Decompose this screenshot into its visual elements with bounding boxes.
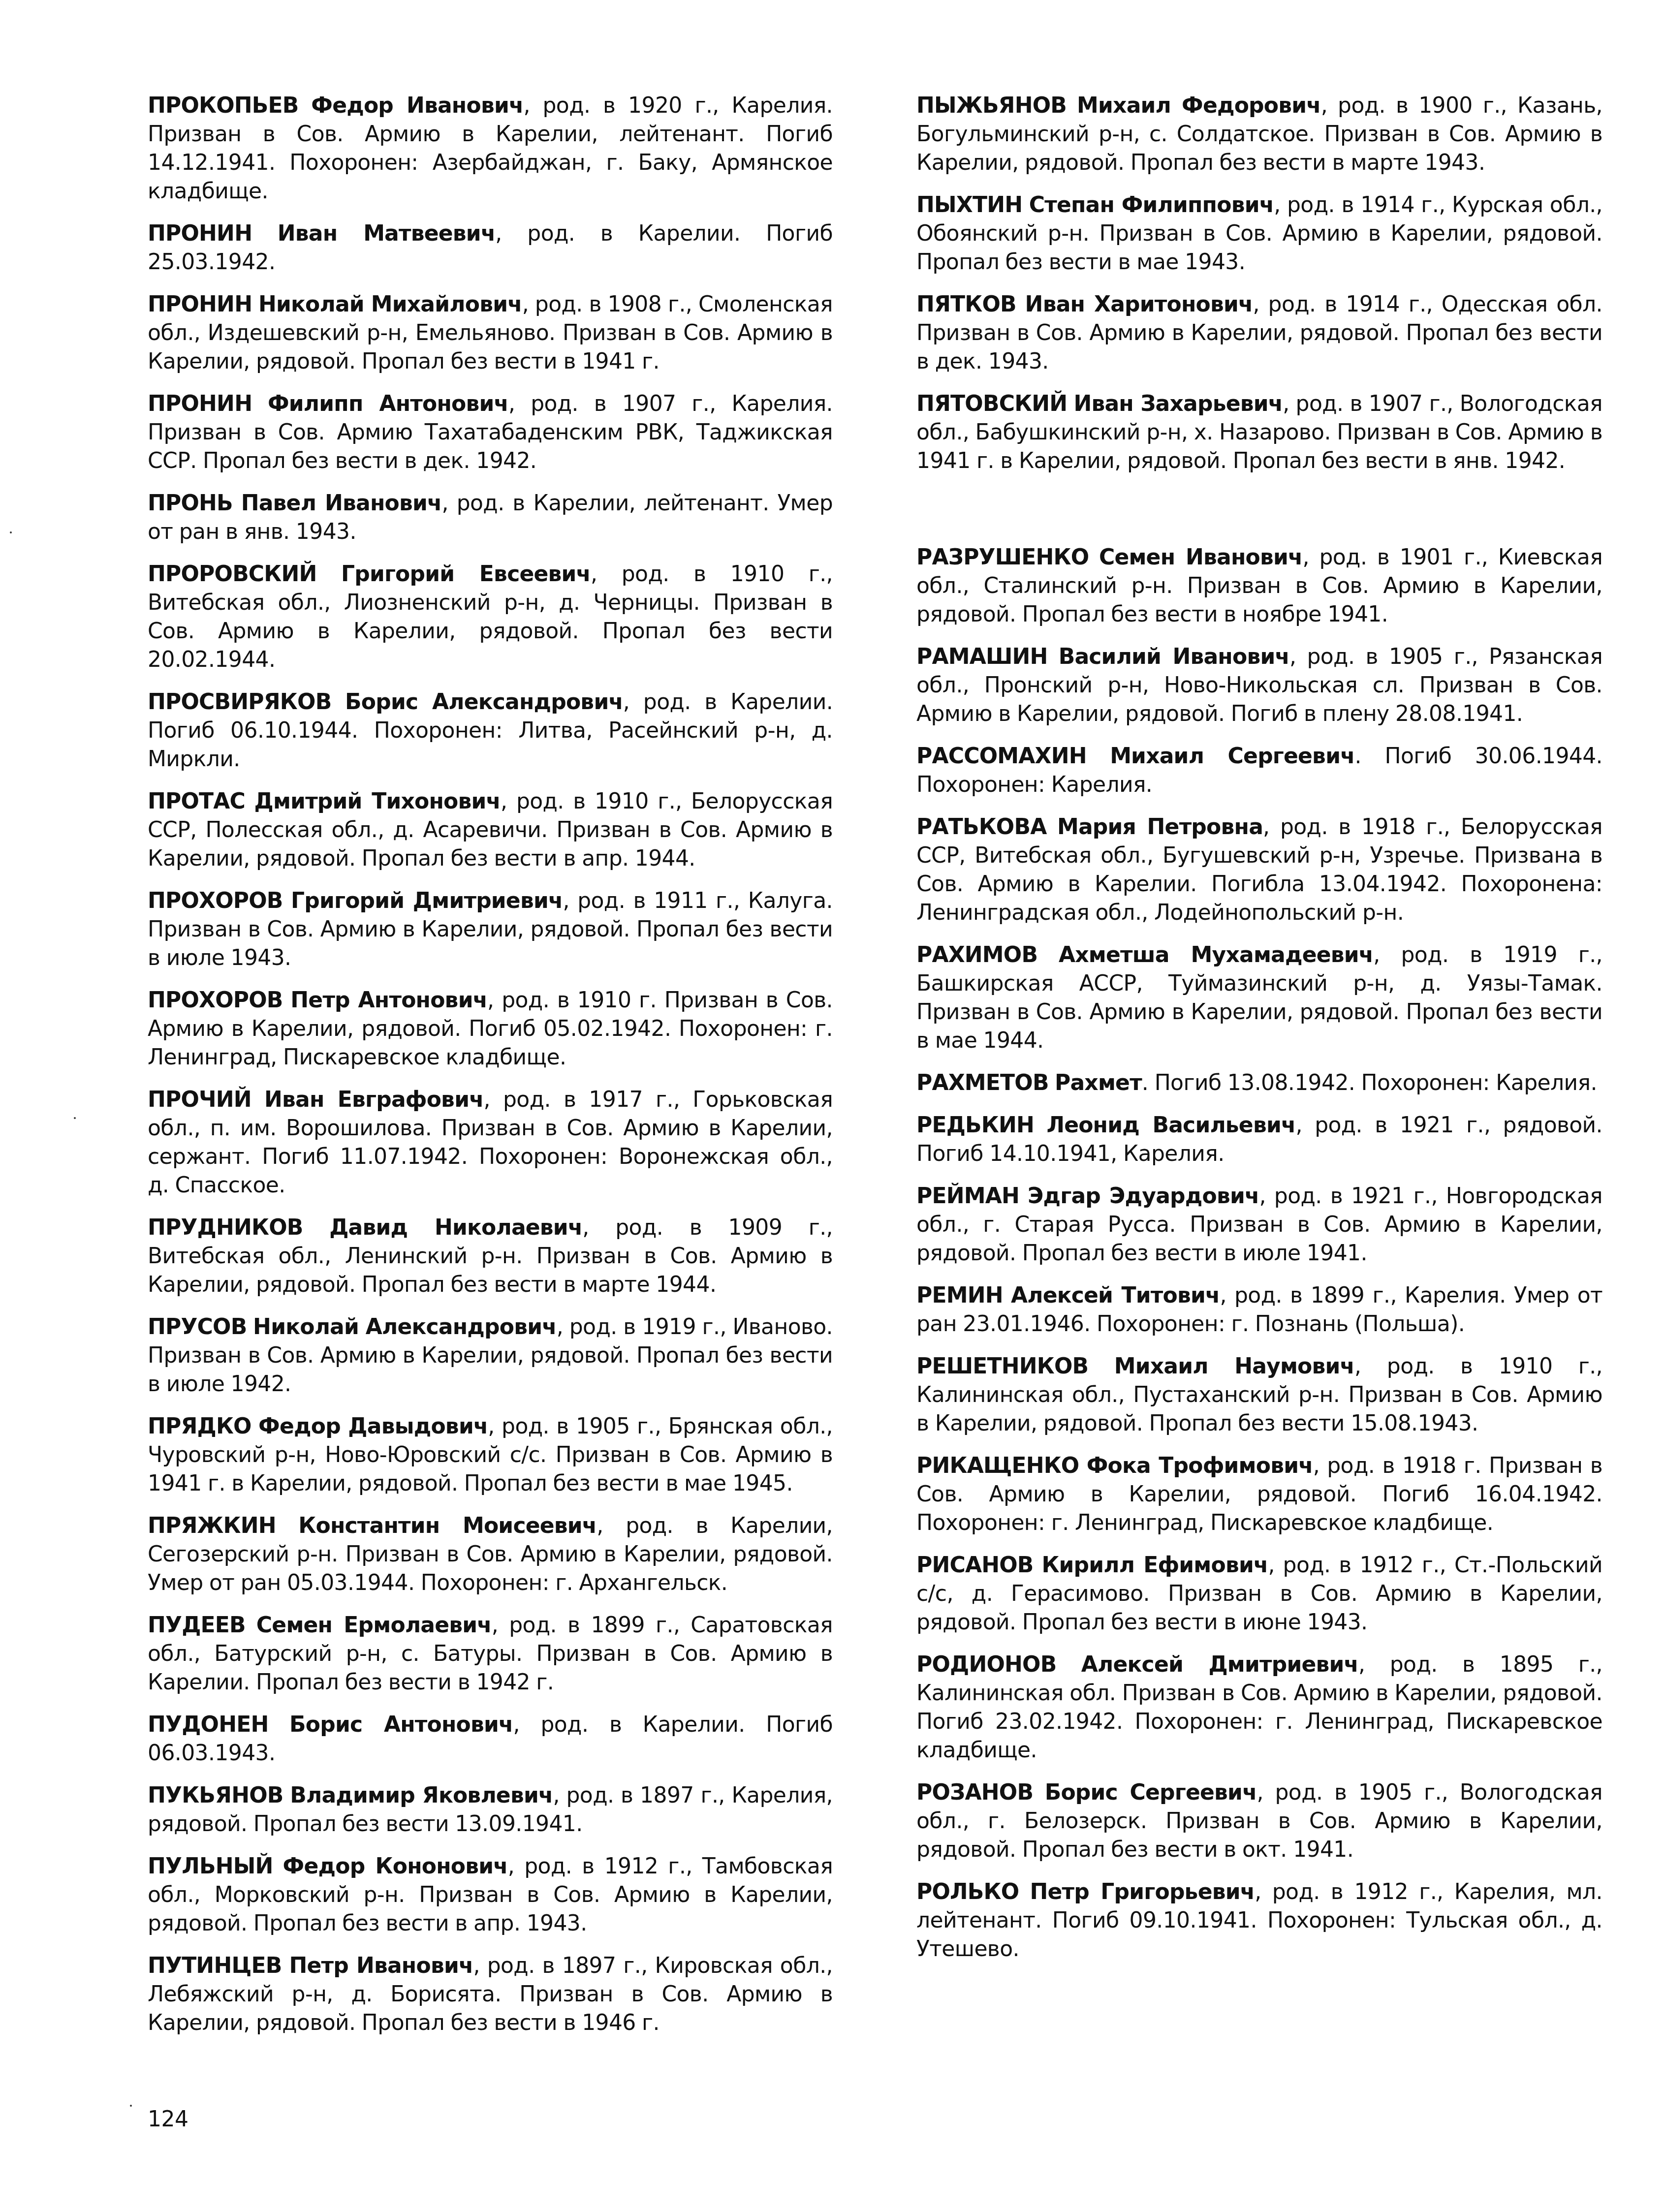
entry-surname: ПРЯДКО: [148, 1414, 251, 1439]
entry-surname: ПРОНЬ: [148, 491, 233, 516]
memorial-entry: ПЯТКОВ Иван Харитонович, род. в 1914 г.,…: [916, 290, 1602, 376]
entry-given-names: Борис Сергеевич: [1045, 1780, 1257, 1805]
memorial-entry: РОЗАНОВ Борис Сергеевич, род. в 1905 г.,…: [916, 1778, 1602, 1864]
entry-given-names: Эдгар Эдуардович: [1028, 1184, 1259, 1209]
entry-surname: РЕШЕТНИКОВ: [916, 1354, 1088, 1379]
scan-speck: [130, 2105, 132, 2107]
entry-surname: РАЗРУШЕНКО: [916, 545, 1089, 570]
entry-given-names: Федор Иванович: [311, 93, 523, 118]
memorial-entry: РЕМИН Алексей Титович, род. в 1899 г., К…: [916, 1281, 1602, 1339]
memorial-entry: РЕДЬКИН Леонид Васильевич, род. в 1921 г…: [916, 1111, 1602, 1168]
entry-given-names: Иван Матвеевич: [278, 221, 496, 246]
section-break: [916, 489, 1602, 543]
entry-given-names: Константин Моисеевич: [298, 1513, 597, 1538]
entry-given-names: Петр Иванович: [289, 1953, 473, 1978]
entry-surname: ПРОРОВСКИЙ: [148, 561, 317, 587]
memorial-entry: ПУДОНЕН Борис Антонович, род. в Карелии.…: [148, 1711, 833, 1768]
entry-given-names: Николай Михайлович: [258, 292, 522, 317]
entry-given-names: Алексей Титович: [1011, 1283, 1220, 1308]
entry-given-names: Борис Александрович: [345, 689, 623, 715]
entry-given-names: Федор Кононович: [283, 1854, 508, 1879]
memorial-entry: РАХИМОВ Ахметша Мухамадеевич, род. в 191…: [916, 941, 1602, 1055]
entry-surname: ПРОНИН: [148, 221, 252, 246]
entry-surname: РАМАШИН: [916, 644, 1048, 669]
entry-given-names: Михаил Сергеевич: [1110, 744, 1354, 769]
entry-given-names: Николай Александрович: [253, 1314, 557, 1340]
memorial-entry: ПРУСОВ Николай Александрович, род. в 191…: [148, 1313, 833, 1399]
entry-given-names: Федор Давыдович: [258, 1414, 488, 1439]
entry-surname: ПРОСВИРЯКОВ: [148, 689, 331, 715]
entry-surname: ПУДОНЕН: [148, 1712, 268, 1737]
entry-surname: ПУЛЬНЫЙ: [148, 1854, 273, 1879]
entry-given-names: Петр Григорьевич: [1030, 1879, 1255, 1904]
entry-given-names: Ахметша Мухамадеевич: [1059, 942, 1373, 967]
entry-given-names: Семен Ермолаевич: [256, 1613, 492, 1638]
entry-surname: РЕЙМАН: [916, 1184, 1019, 1209]
entry-surname: ПРОНИН: [148, 391, 252, 416]
entry-surname: ПРУСОВ: [148, 1314, 247, 1340]
entry-given-names: Степан Филиппович: [1029, 192, 1274, 218]
entry-given-names: Давид Николаевич: [329, 1215, 582, 1240]
entry-given-names: Михаил Наумович: [1114, 1354, 1354, 1379]
memorial-entry: РАМАШИН Василий Иванович, род. в 1905 г.…: [916, 643, 1602, 728]
entry-given-names: Фока Трофимович: [1087, 1453, 1313, 1478]
memorial-entry: РАТЬКОВА Мария Петровна, род. в 1918 г.,…: [916, 813, 1602, 927]
entry-surname: ПЫХТИН: [916, 192, 1022, 218]
entry-given-names: Рахмет: [1055, 1070, 1142, 1095]
entry-surname: ПРОКОПЬЕВ: [148, 93, 299, 118]
memorial-entry: РИСАНОВ Кирилл Ефимович, род. в 1912 г.,…: [916, 1551, 1602, 1637]
entry-given-names: Петр Антонович: [290, 988, 487, 1013]
memorial-entry: РЕШЕТНИКОВ Михаил Наумович, род. в 1910 …: [916, 1352, 1602, 1438]
entry-given-names: Павел Иванович: [241, 491, 442, 516]
entry-given-names: Владимир Яковлевич: [290, 1783, 553, 1808]
page-number: 124: [148, 2105, 188, 2134]
entry-surname: РЕМИН: [916, 1283, 1003, 1308]
entry-given-names: Иван Захарьевич: [1073, 391, 1283, 416]
memorial-entry: РЕЙМАН Эдгар Эдуардович, род. в 1921 г.,…: [916, 1182, 1602, 1268]
entry-surname: ПУДЕЕВ: [148, 1613, 246, 1638]
entry-surname: ПЫЖЬЯНОВ: [916, 93, 1067, 118]
entry-given-names: Григорий Дмитриевич: [291, 888, 563, 913]
entry-surname: ПУТИНЦЕВ: [148, 1953, 282, 1978]
entry-surname: РЕДЬКИН: [916, 1113, 1034, 1138]
memorial-entry: РИКАЩЕНКО Фока Трофимович, род. в 1918 г…: [916, 1452, 1602, 1537]
entry-surname: РАССОМАХИН: [916, 744, 1087, 769]
memorial-entry: ПЯТОВСКИЙ Иван Захарьевич, род. в 1907 г…: [916, 390, 1602, 475]
memorial-entry: ПУКЬЯНОВ Владимир Яковлевич, род. в 1897…: [148, 1781, 833, 1838]
memorial-entry: ПРОКОПЬЕВ Федор Иванович, род. в 1920 г.…: [148, 92, 833, 206]
right-column: ПЫЖЬЯНОВ Михаил Федорович, род. в 1900 г…: [916, 92, 1602, 1977]
memorial-entry: РАХМЕТОВ Рахмет. Погиб 13.08.1942. Похор…: [916, 1069, 1602, 1097]
entry-surname: ПРОТАС: [148, 789, 245, 814]
left-column: ПРОКОПЬЕВ Федор Иванович, род. в 1920 г.…: [148, 92, 833, 2051]
entry-surname: ПРОЧИЙ: [148, 1087, 251, 1112]
entry-surname: ПРЯЖКИН: [148, 1513, 276, 1538]
memorial-entry: ПУТИНЦЕВ Петр Иванович, род. в 1897 г., …: [148, 1952, 833, 2037]
entry-given-names: Иван Евграфович: [264, 1087, 484, 1112]
section-letter-r: РАЗРУШЕНКО Семен Иванович, род. в 1901 г…: [916, 543, 1602, 1963]
memorial-entry: ПРОСВИРЯКОВ Борис Александрович, род. в …: [148, 688, 833, 774]
entry-surname: РОЛЬКО: [916, 1879, 1019, 1904]
memorial-entry: ПРЯДКО Федор Давыдович, род. в 1905 г., …: [148, 1412, 833, 1498]
entry-surname: ПУКЬЯНОВ: [148, 1783, 283, 1808]
scan-speck: [74, 1117, 76, 1119]
entry-surname: РАХИМОВ: [916, 942, 1037, 967]
entry-given-names: Василий Иванович: [1059, 644, 1289, 669]
entry-details: , род. в 1914 г., Одесская обл. Призван …: [916, 292, 1602, 374]
memorial-entry: ПРОХОРОВ Петр Антонович, род. в 1910 г. …: [148, 986, 833, 1072]
entry-given-names: Григорий Евсеевич: [341, 561, 591, 587]
memorial-entry: ПРОТАС Дмитрий Тихонович, род. в 1910 г.…: [148, 787, 833, 873]
entry-given-names: Семен Иванович: [1099, 545, 1303, 570]
entry-given-names: Дмитрий Тихонович: [254, 789, 501, 814]
memorial-entry: ПРЯЖКИН Константин Моисеевич, род. в Кар…: [148, 1512, 833, 1597]
entry-surname: ПРОХОРОВ: [148, 888, 283, 913]
entry-given-names: Иван Харитонович: [1025, 292, 1253, 317]
entry-given-names: Михаил Федорович: [1077, 93, 1321, 118]
entry-given-names: Леонид Васильевич: [1046, 1113, 1295, 1138]
memorial-entry: РОЛЬКО Петр Григорьевич, род. в 1912 г.,…: [916, 1878, 1602, 1963]
memorial-entry: ПРОЧИЙ Иван Евграфович, род. в 1917 г., …: [148, 1086, 833, 1200]
entry-surname: ПРОНИН: [148, 292, 252, 317]
entry-surname: РОДИОНОВ: [916, 1652, 1056, 1677]
entry-given-names: Алексей Дмитриевич: [1081, 1652, 1358, 1677]
entry-details: , род. в 1912 г., Карелия, мл. лейтенант…: [916, 1879, 1602, 1962]
memorial-entry: ПУЛЬНЫЙ Федор Кононович, род. в 1912 г.,…: [148, 1852, 833, 1938]
memorial-entry: ПЫЖЬЯНОВ Михаил Федорович, род. в 1900 г…: [916, 92, 1602, 177]
entry-given-names: Кирилл Ефимович: [1041, 1553, 1268, 1578]
document-page: ПРОКОПЬЕВ Федор Иванович, род. в 1920 г.…: [0, 0, 1665, 2212]
memorial-entry: ПЫХТИН Степан Филиппович, род. в 1914 г.…: [916, 191, 1602, 277]
entry-surname: ПРУДНИКОВ: [148, 1215, 303, 1240]
entry-surname: РОЗАНОВ: [916, 1780, 1033, 1805]
entry-surname: РАХМЕТОВ: [916, 1070, 1049, 1095]
section-letter-p: ПЫЖЬЯНОВ Михаил Федорович, род. в 1900 г…: [916, 92, 1602, 475]
entry-details: . Погиб 13.08.1942. Похоронен: Карелия.: [1142, 1070, 1597, 1095]
memorial-entry: ПРОНИН Николай Михайлович, род. в 1908 г…: [148, 290, 833, 376]
memorial-entry: ПРОНИН Филипп Антонович, род. в 1907 г.,…: [148, 390, 833, 475]
entry-given-names: Мария Петровна: [1057, 814, 1263, 840]
entry-surname: ПЯТОВСКИЙ: [916, 391, 1067, 416]
scan-speck: [10, 531, 12, 533]
entry-surname: ПРОХОРОВ: [148, 988, 283, 1013]
memorial-entry: ПРОНИН Иван Матвеевич, род. в Карелии. П…: [148, 219, 833, 277]
memorial-entry: ПРУДНИКОВ Давид Николаевич, род. в 1909 …: [148, 1214, 833, 1299]
entry-details: , род. в 1921 г., Новгородская обл., г. …: [916, 1184, 1602, 1266]
memorial-entry: ПРОРОВСКИЙ Григорий Евсеевич, род. в 191…: [148, 560, 833, 674]
memorial-entry: РОДИОНОВ Алексей Дмитриевич, род. в 1895…: [916, 1651, 1602, 1765]
memorial-entry: ПРОНЬ Павел Иванович, род. в Карелии, ле…: [148, 489, 833, 546]
memorial-entry: ПРОХОРОВ Григорий Дмитриевич, род. в 191…: [148, 887, 833, 972]
entry-surname: РАТЬКОВА: [916, 814, 1046, 840]
entry-given-names: Борис Антонович: [289, 1712, 513, 1737]
entry-surname: ПЯТКОВ: [916, 292, 1016, 317]
memorial-entry: РАССОМАХИН Михаил Сергеевич. Погиб 30.06…: [916, 742, 1602, 799]
memorial-entry: ПУДЕЕВ Семен Ермолаевич, род. в 1899 г.,…: [148, 1611, 833, 1697]
entry-given-names: Филипп Антонович: [268, 391, 508, 416]
entry-surname: РИСАНОВ: [916, 1553, 1034, 1578]
memorial-entry: РАЗРУШЕНКО Семен Иванович, род. в 1901 г…: [916, 543, 1602, 629]
entry-surname: РИКАЩЕНКО: [916, 1453, 1079, 1478]
